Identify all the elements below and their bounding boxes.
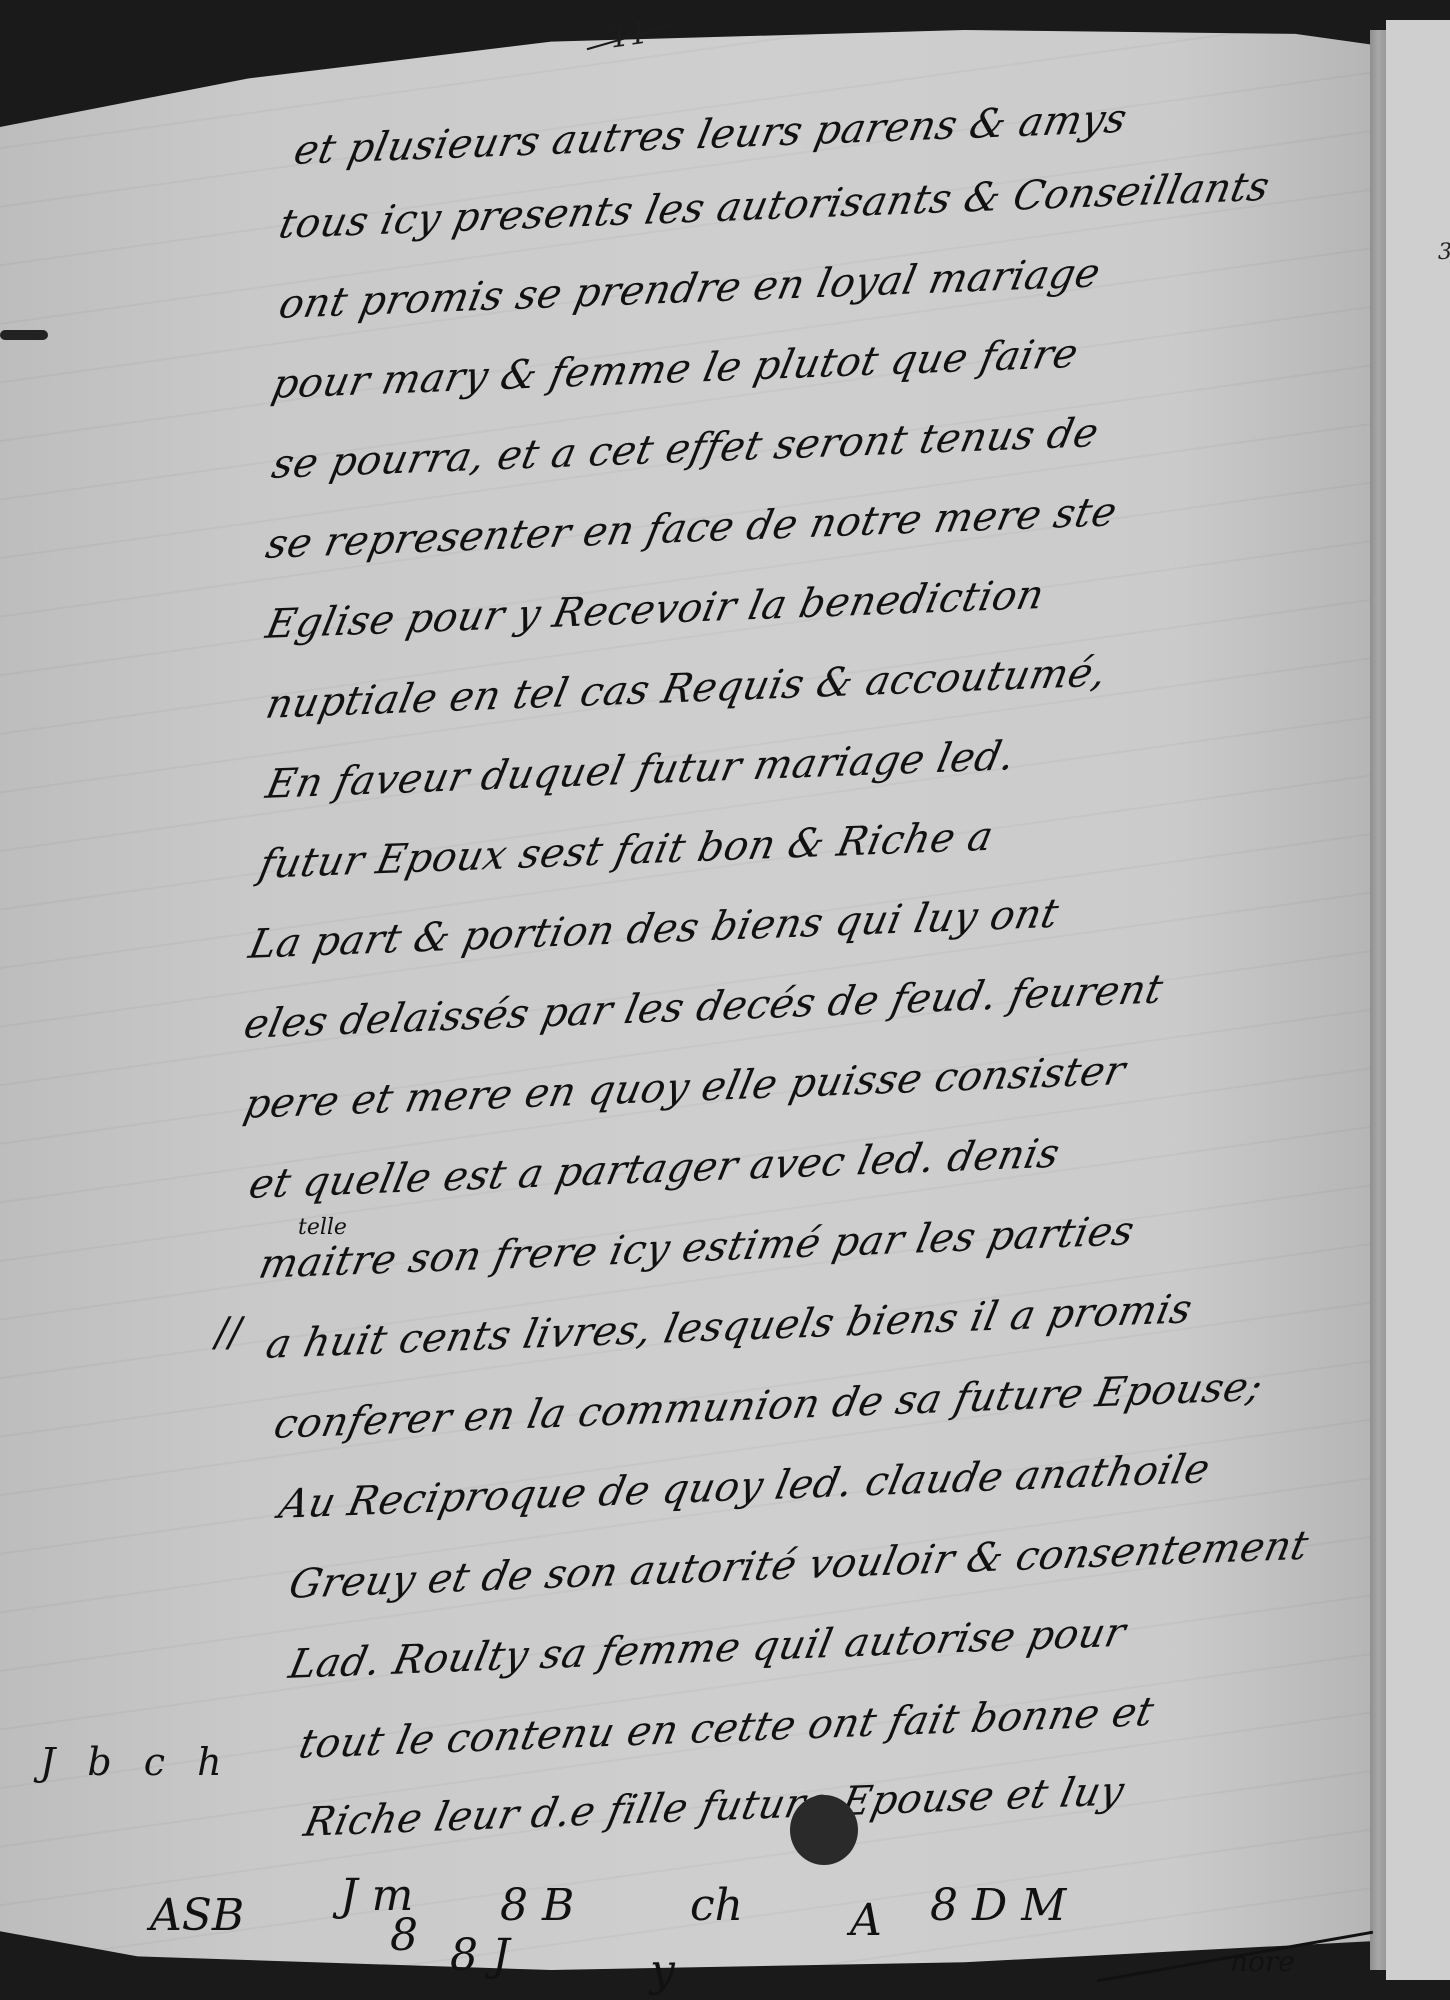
text-line: et quelle est a partager avec led. denis bbox=[245, 1131, 1064, 1208]
text-line: ont promis se prendre en loyal mariage bbox=[275, 250, 1104, 328]
margin-mark: // bbox=[215, 1310, 242, 1356]
text-line: pere et mere en quoy elle puisse consist… bbox=[240, 1048, 1130, 1128]
text-line: tout le contenu en cette ont fait bonne … bbox=[295, 1689, 1158, 1768]
text-line: se representer en face de notre mere ste bbox=[262, 489, 1121, 568]
manuscript-text: et plusieurs autres leurs parens & amys … bbox=[0, 0, 1450, 2000]
signature-initials: 8 bbox=[390, 1910, 418, 1961]
margin-note: J b c h bbox=[40, 1740, 232, 1784]
text-line: tous icy presents les autorisants & Cons… bbox=[275, 164, 1274, 248]
text-line: maitre son frere icy estimé par les part… bbox=[255, 1208, 1138, 1288]
signature-initials: ASB bbox=[150, 1890, 244, 1941]
signature-initials: A bbox=[850, 1895, 882, 1946]
text-line: Eglise pour y Recevoir la benediction bbox=[262, 572, 1048, 648]
text-line: La part & portion des biens qui luy ont bbox=[245, 891, 1063, 968]
text-line: eles delaissés par les decés de feud. fe… bbox=[240, 966, 1167, 1048]
text-line: Greuy et de son autorité vouloir & conse… bbox=[285, 1522, 1313, 1608]
text-line: et plusieurs autres leurs parens & amys bbox=[290, 96, 1131, 174]
signature-initials: 8 D M bbox=[930, 1880, 1066, 1931]
text-line: Au Reciproque de quoy led. claude anatho… bbox=[275, 1446, 1214, 1528]
text-line: futur Epoux sest fait bon & Riche a bbox=[255, 813, 997, 888]
signature-initials: y bbox=[650, 1945, 675, 1996]
ink-blot bbox=[790, 1795, 858, 1865]
text-line: Riche leur d.e fille future Epouse et lu… bbox=[300, 1768, 1128, 1846]
text-line: Lad. Roulty sa femme quil autorise pour bbox=[285, 1610, 1130, 1688]
text-line: conferer en la communion de sa future Ep… bbox=[270, 1364, 1267, 1448]
text-line: nuptiale en tel cas Requis & accoutumé, bbox=[262, 649, 1111, 728]
signature-initials: ch bbox=[690, 1880, 743, 1931]
text-line: a huit cents livres, lesquels biens il a… bbox=[262, 1286, 1196, 1368]
signature-initials: 8 B bbox=[500, 1880, 574, 1931]
text-line: En faveur duquel futur mariage led. bbox=[262, 733, 1019, 808]
interlinear-insertion: telle bbox=[298, 1215, 347, 1240]
signature-initials: 8 J bbox=[450, 1930, 510, 1981]
text-line: pour mary & femme le plutot que faire bbox=[268, 331, 1082, 408]
text-line: se pourra, et a cet effet seront tenus d… bbox=[268, 410, 1103, 488]
